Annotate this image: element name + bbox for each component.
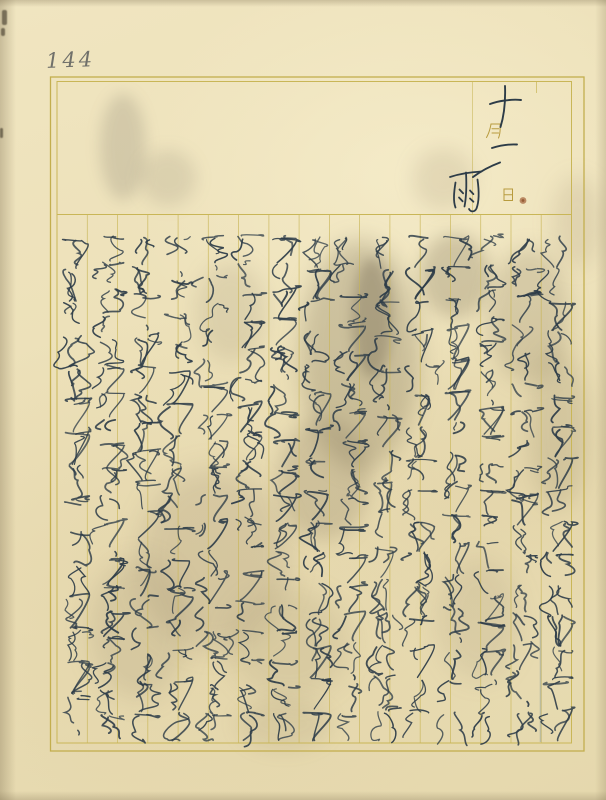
text-column: た。幸に長く病んだ南河は既に健康を (161, 230, 193, 744)
text-column: 今年も平凡ながら而も多事多端な一 (402, 230, 434, 744)
date-text: 十一月一日 (492, 85, 523, 205)
text-column: 々に店舗を壱棟建築し了へたこと、それ (333, 230, 365, 744)
text-column: 回復し、そして南園の出生児も数は一時 (126, 230, 158, 744)
text-column: がさつと降って冬已に来れりと覚ゆ。そ (506, 230, 538, 744)
text-column: れもその筈だ。もう十一月一日である。この (471, 230, 503, 744)
diary-page-scan: 144 (0, 0, 606, 800)
text-column: きことは彩雲に対する精神的浪費であっ (230, 230, 262, 744)
text-column: 朝から曇り勝ちで冷気が加はって雨 (540, 230, 572, 744)
text-column: 年であった。先づ建設的方面には様 (368, 230, 400, 744)
text-column: はいも平和に互に安堵を得、具って近日中父 (92, 230, 124, 744)
text-column: 親を南華に送り妻を得たのである。 (57, 230, 89, 744)
text-column: 年の総決算期に入ったわけだ。思へば (437, 230, 469, 744)
weather-text: 雨 (452, 168, 483, 216)
text-column: た。次には時局に対する良心的煩悶であっ (195, 230, 227, 744)
text-column: たこと等だ。之に対し精神的方面には悲し (264, 230, 296, 744)
text-column: から南園に出生して家族員を加増し (299, 230, 331, 744)
